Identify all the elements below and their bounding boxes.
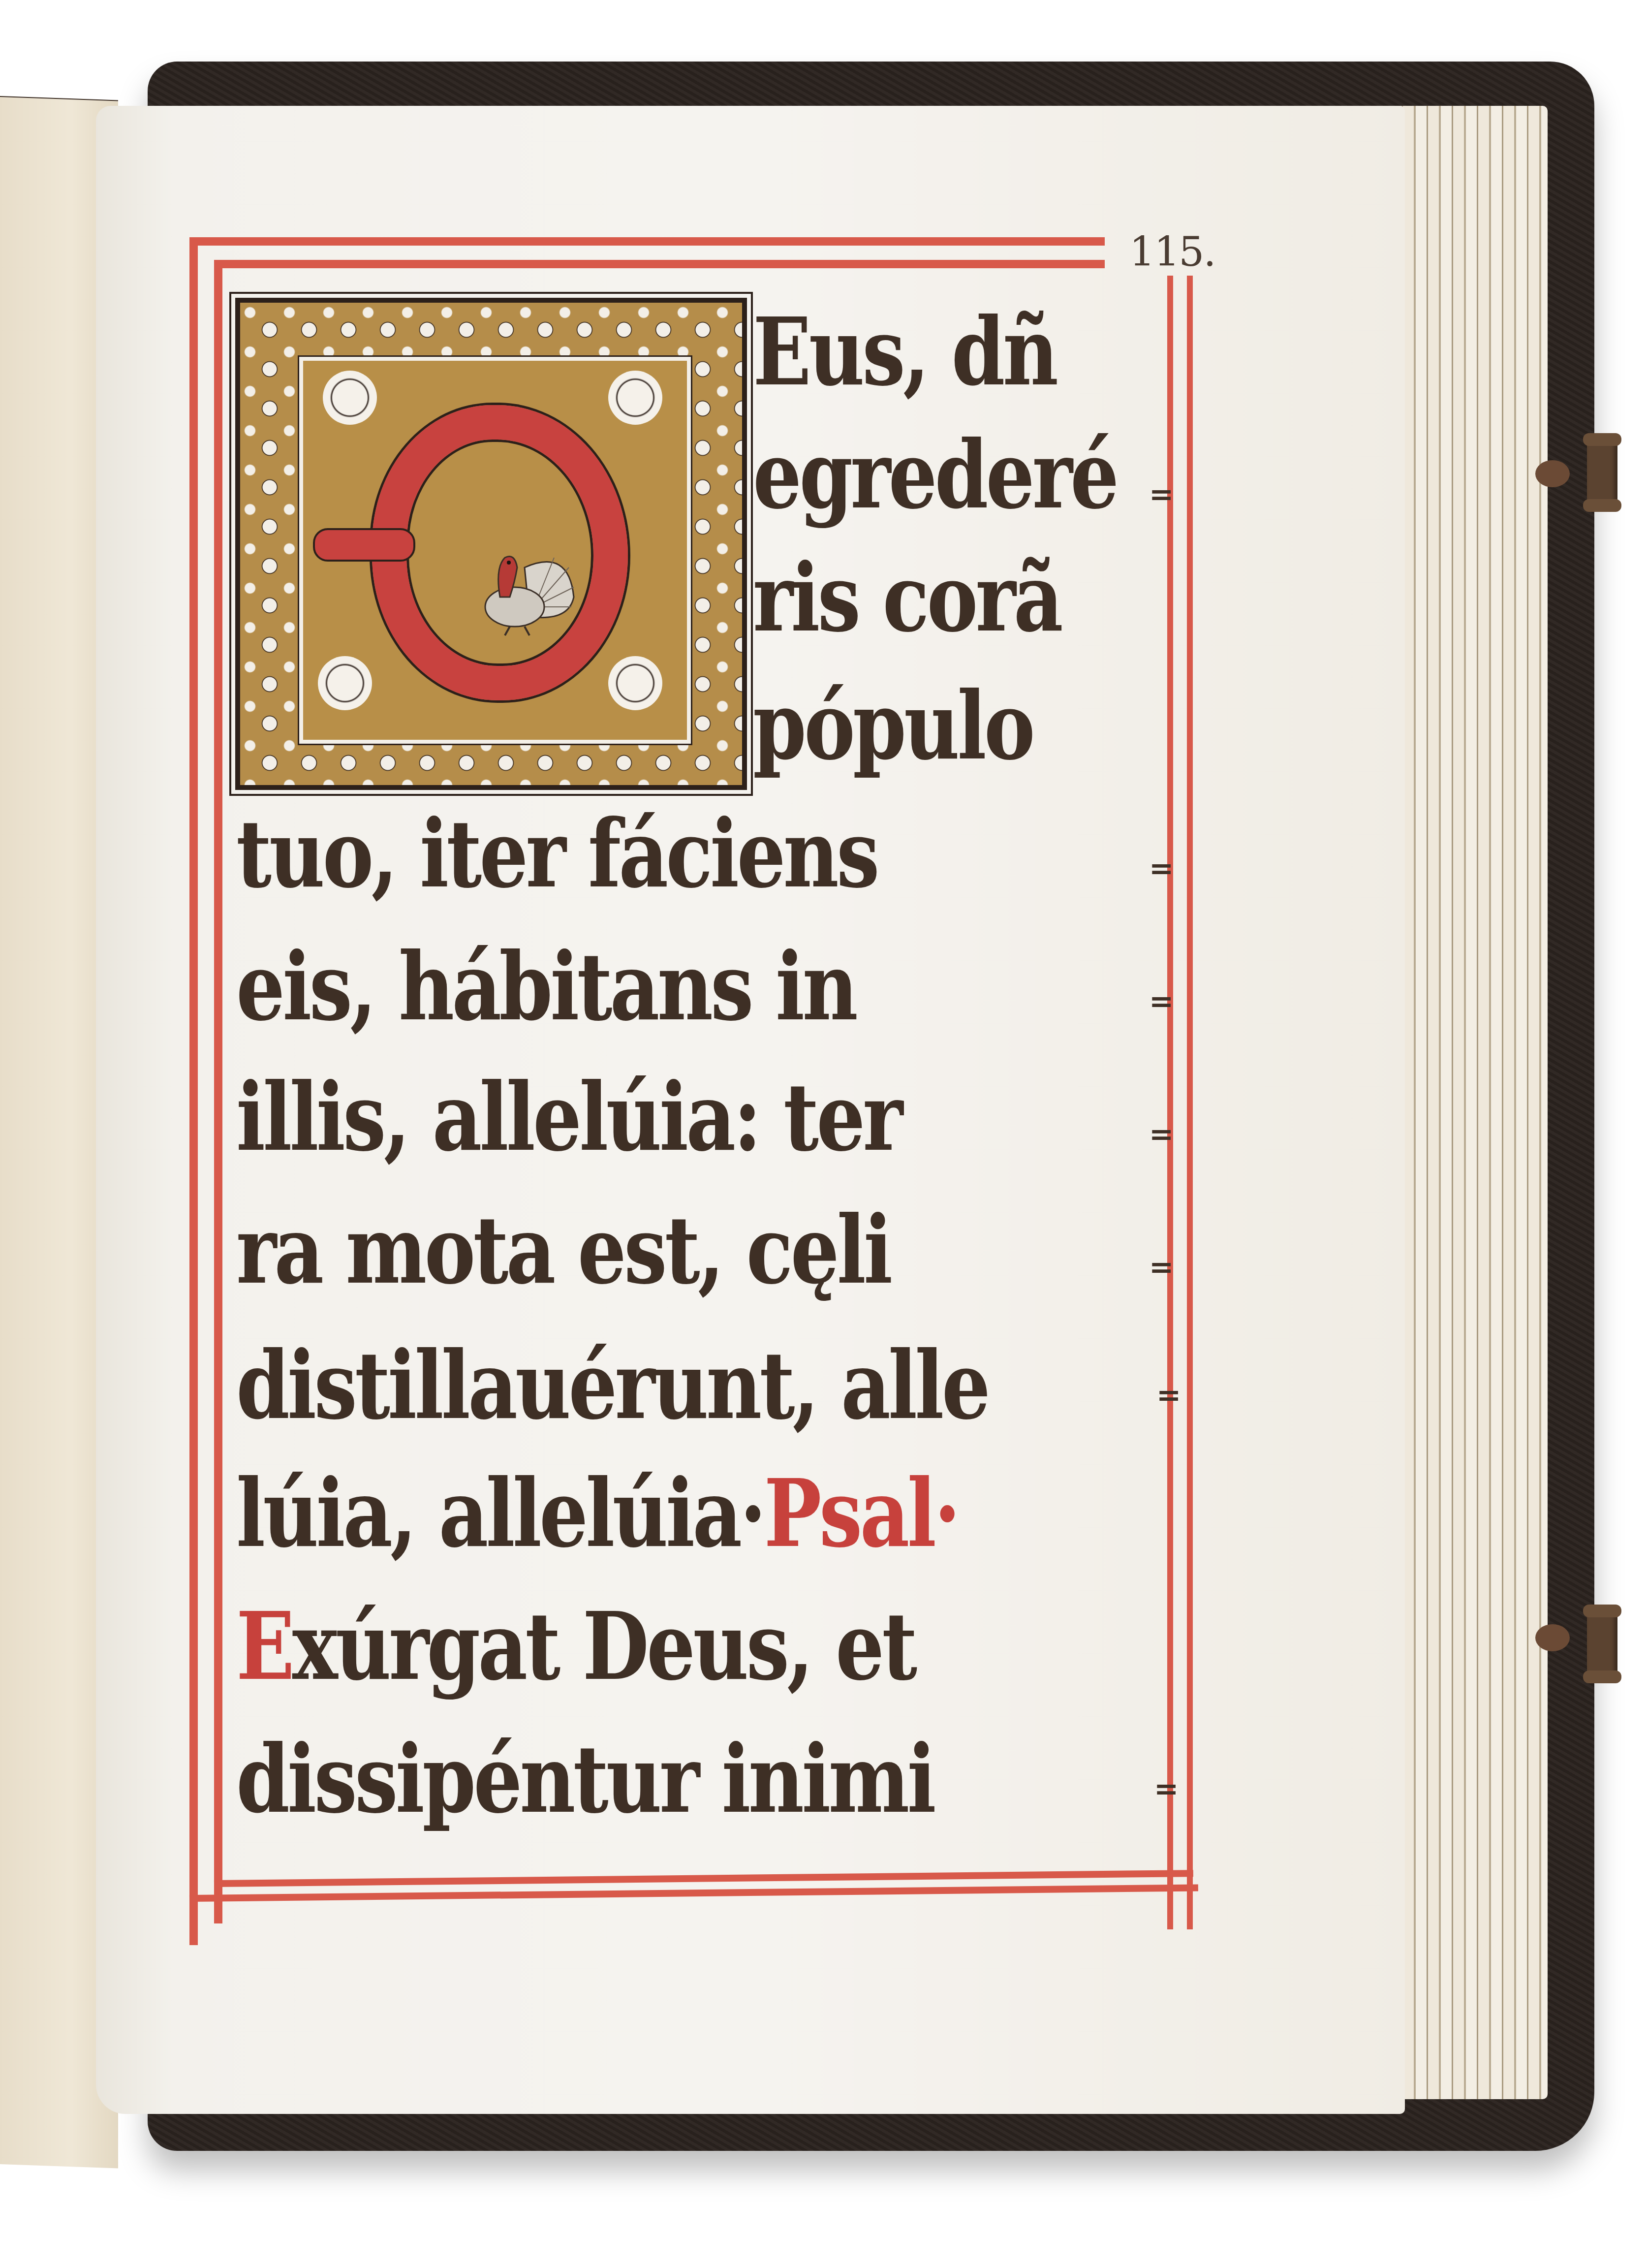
text-line-4: pópulo bbox=[753, 679, 1033, 773]
text-line-5: tuo, iter fáciens bbox=[236, 807, 877, 901]
text-line-6: eis, hábitans in bbox=[236, 940, 856, 1034]
hyphen-mark: = bbox=[1149, 851, 1174, 886]
frame-rule-left-inner bbox=[214, 260, 222, 1923]
hyphen-mark: = bbox=[1154, 1772, 1179, 1806]
hyphen-mark: = bbox=[1156, 1378, 1181, 1413]
frame-rule-top-inner bbox=[214, 260, 1105, 268]
initial-inner-panel bbox=[299, 357, 691, 744]
folio-number: 115. bbox=[1129, 229, 1215, 276]
frame-rule-right-outer bbox=[1187, 276, 1193, 1929]
clasp-bottom bbox=[1587, 1605, 1617, 1683]
clasp-top bbox=[1587, 433, 1617, 512]
hyphen-mark: = bbox=[1149, 477, 1174, 512]
hyphen-mark: = bbox=[1149, 1250, 1174, 1285]
text-line-8: ra mota est, cęli bbox=[236, 1203, 890, 1297]
text-line-2: egrederé bbox=[753, 428, 1117, 522]
text-line-9: distillauérunt, alle bbox=[236, 1339, 988, 1432]
text-line-7: illis, allelúia: ter bbox=[236, 1071, 901, 1164]
rubric-initial-e: E bbox=[236, 1591, 292, 1701]
text-line-10: lúia, allelúia·Psal· bbox=[236, 1467, 958, 1560]
flower-icon bbox=[323, 371, 377, 425]
text-line-10-body: lúia, allelúia· bbox=[236, 1458, 764, 1568]
text-line-11-body: xúrgat Deus, et bbox=[292, 1591, 915, 1701]
flower-icon bbox=[608, 371, 662, 425]
clasp-rivet-top bbox=[1535, 460, 1570, 487]
hyphen-mark: = bbox=[1149, 1117, 1174, 1152]
frame-rule-right-inner bbox=[1167, 276, 1173, 1929]
text-line-11: Exúrgat Deus, et bbox=[236, 1600, 915, 1693]
flower-icon bbox=[608, 656, 662, 710]
text-line-12: dissipéntur inimi bbox=[236, 1732, 934, 1826]
flower-icon bbox=[318, 656, 372, 710]
clasp-rivet-bottom bbox=[1535, 1624, 1570, 1651]
turkey-icon bbox=[470, 538, 579, 636]
illuminated-initial-d bbox=[235, 298, 747, 790]
hyphen-mark: = bbox=[1149, 984, 1174, 1019]
frame-rule-left-outer bbox=[189, 237, 198, 1945]
text-line-3: ris corã bbox=[753, 551, 1061, 645]
text-line-1: Eus, dñ bbox=[753, 305, 1056, 399]
frame-rule-top-outer bbox=[189, 237, 1105, 246]
rubric-psalm: Psal· bbox=[764, 1458, 959, 1568]
